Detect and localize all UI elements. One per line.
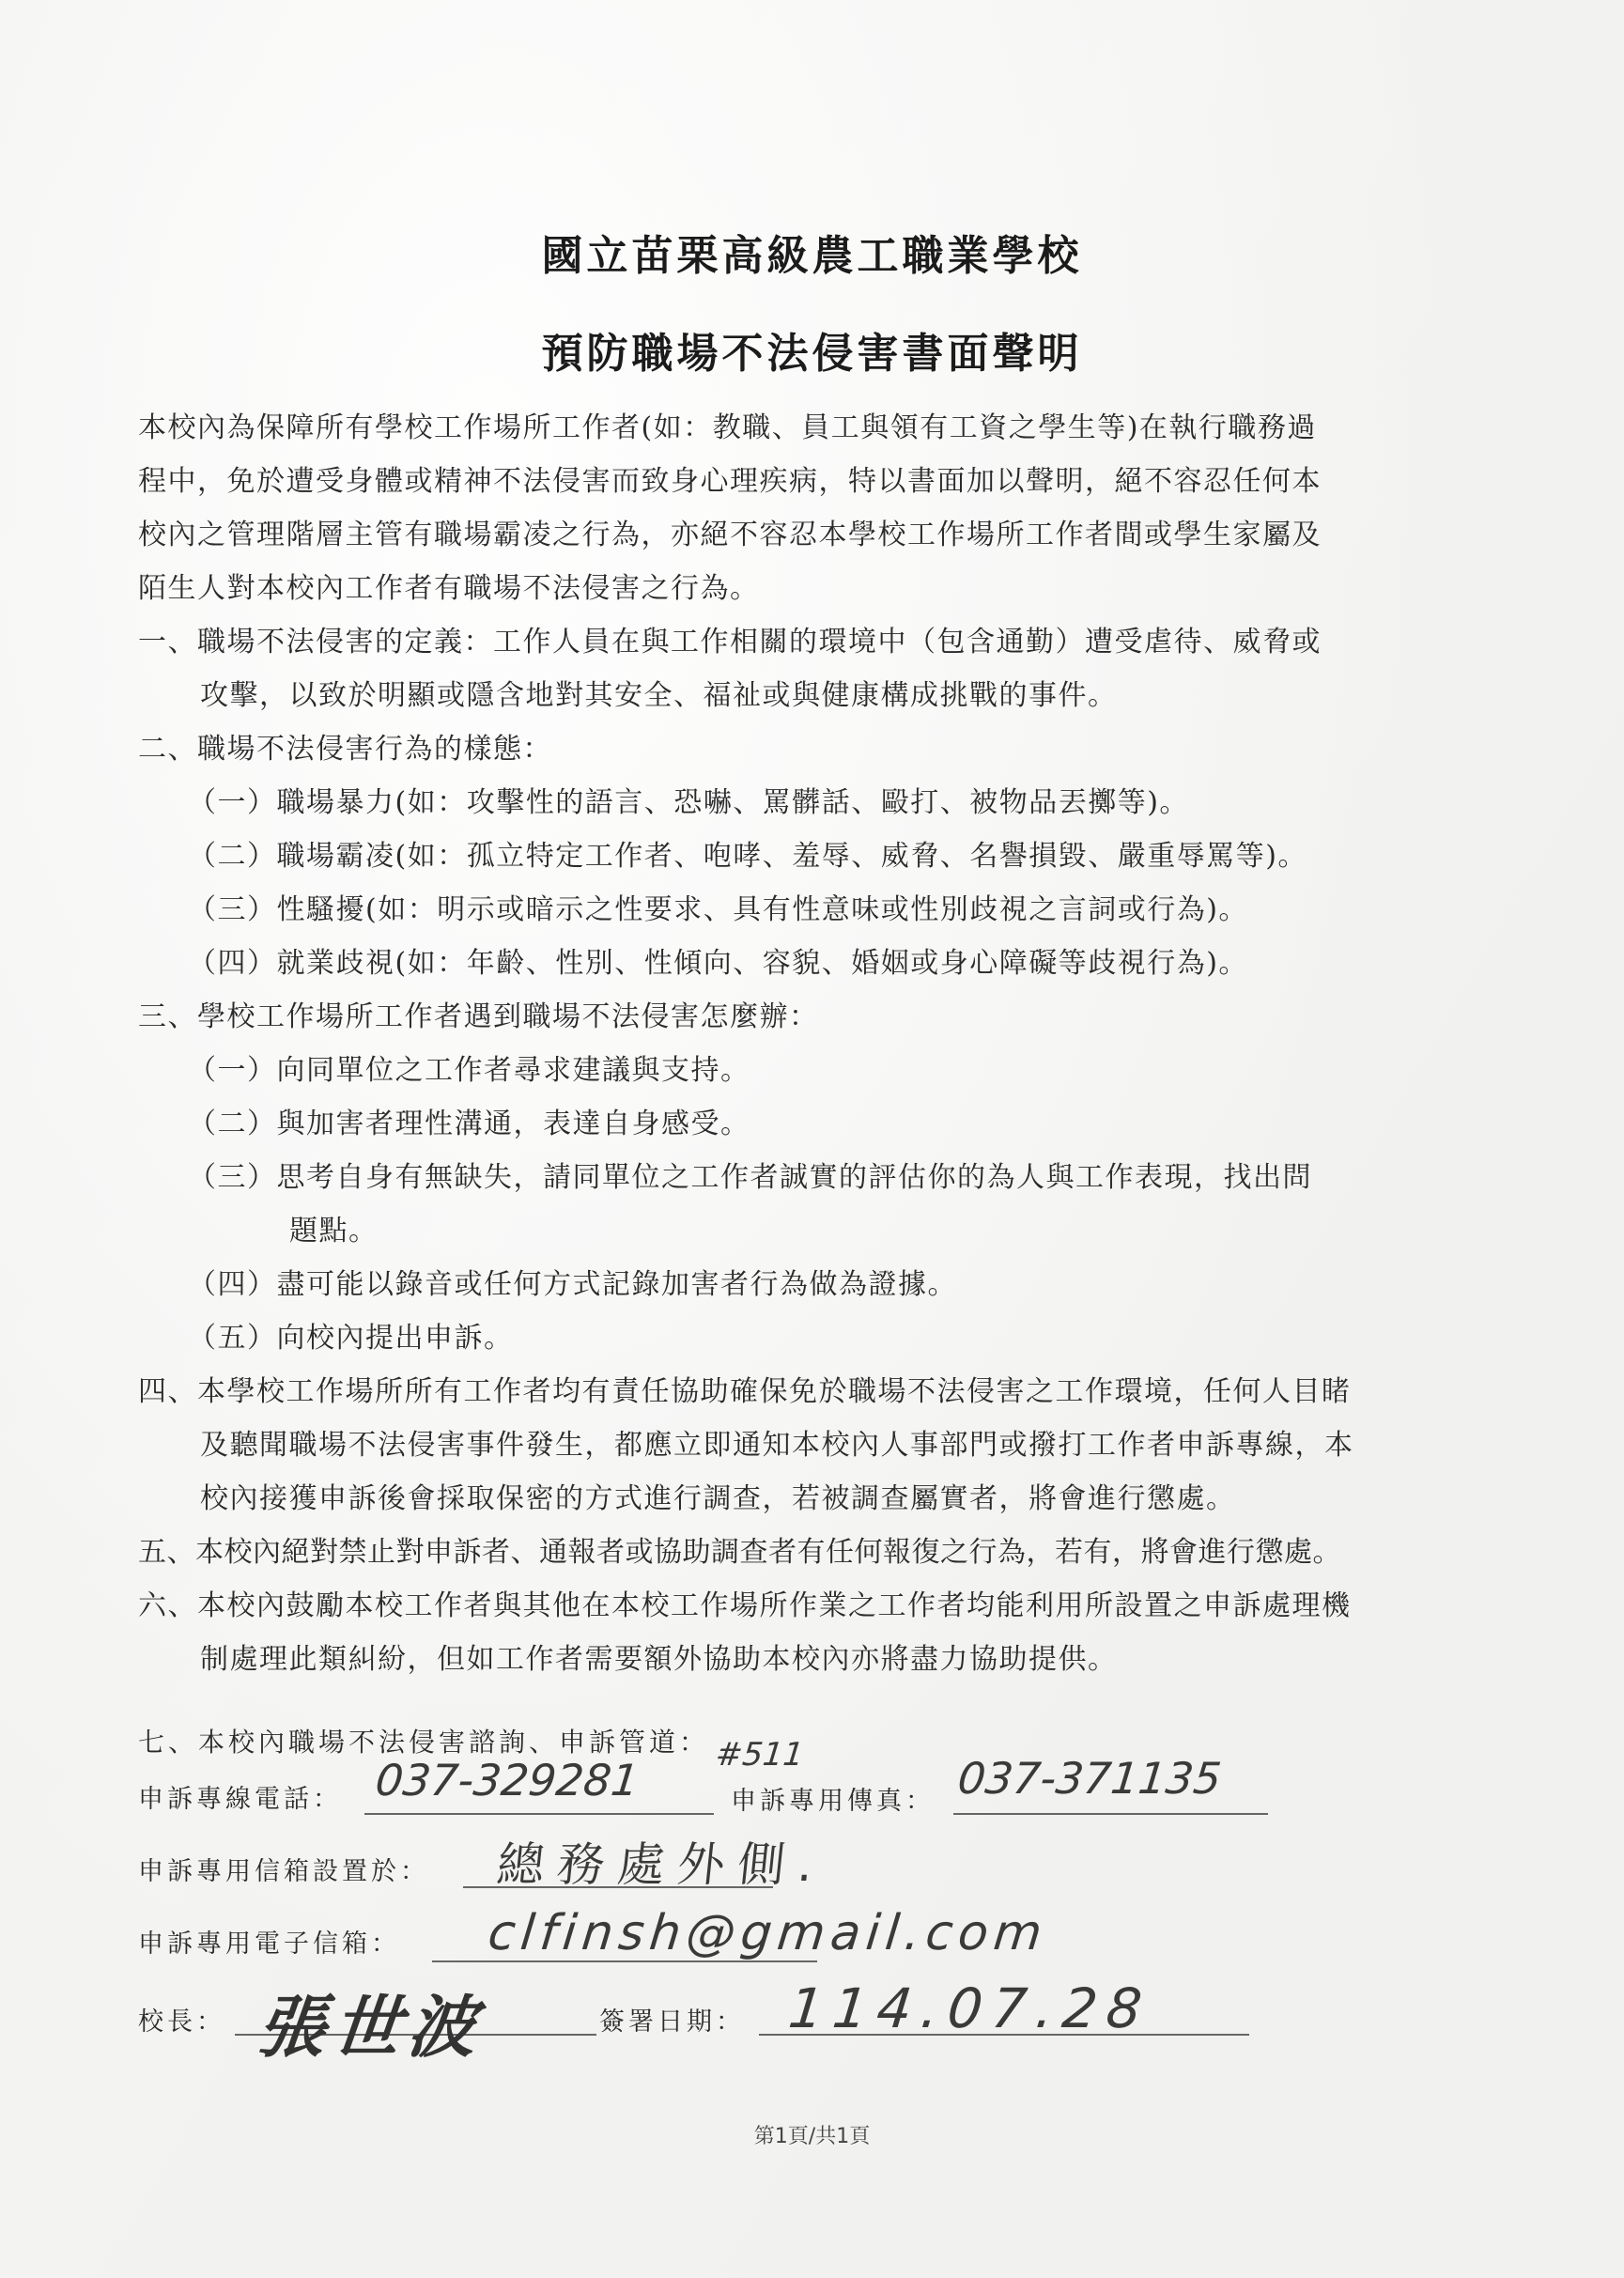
sign-date-label: 簽署日期： [599, 2001, 745, 2038]
section3-item: （二）與加害者理性溝通，表達自身感受。 [188, 1108, 750, 1141]
section2-heading: 二、職場不法侵害行為的樣態： [138, 733, 552, 767]
section4-line: 及聽聞職場不法侵害事件發生，都應立即通知本校內人事部門或撥打工作者申訴專線，本 [200, 1429, 1354, 1463]
sign-date-field[interactable]: 114.07.28 [785, 1976, 1153, 2040]
section6-line: 六、本校內鼓勵本校工作者與其他在本校工作場所作業之工作者均能利用所設置之申訴處理… [138, 1589, 1352, 1623]
email-field[interactable]: clfinsh@gmail.com [486, 1905, 1050, 1961]
section3-item: （三）思考自身有無缺失，請同單位之工作者誠實的評估你的為人與工作表現，找出問 [188, 1161, 1312, 1195]
fax-field[interactable]: 037-371135 [955, 1753, 1224, 1804]
page-number: 第1頁/共1頁 [0, 2120, 1624, 2149]
hotline-extension: #511 [714, 1736, 806, 1774]
mailbox-label: 申訴專用信箱設置於： [138, 1851, 429, 1887]
intro-line: 陌生人對本校內工作者有職場不法侵害之行為。 [138, 572, 760, 606]
section3-item: （四）盡可能以錄音或任何方式記錄加害者行為做為證據。 [188, 1268, 957, 1302]
hotline-underline [364, 1813, 714, 1815]
fax-label: 申訴專用傳真： [731, 1780, 935, 1817]
section3-heading: 三、學校工作場所工作者遇到職場不法侵害怎麼辦： [138, 1000, 819, 1034]
section7-heading: 七、本校內職場不法侵害諮詢、申訴管道： [138, 1722, 709, 1759]
section3-item: （五）向校內提出申訴。 [188, 1322, 514, 1356]
email-label: 申訴專用電子信箱： [138, 1923, 400, 1960]
section6-line: 制處理此類糾紛，但如工作者需要額外協助本校內亦將盡力協助提供。 [200, 1643, 1118, 1677]
principal-label: 校長： [138, 2001, 225, 2038]
section4-line: 四、本學校工作場所所有工作者均有責任協助確保免於職場不法侵害之工作環境，任何人目… [138, 1375, 1352, 1409]
section2-item: （三）性騷擾(如：明示或暗示之性要求、具有性意味或性別歧視之言詞或行為)。 [188, 893, 1248, 927]
section3-item-cont: 題點。 [289, 1215, 379, 1248]
intro-line: 本校內為保障所有學校工作場所工作者(如：教職、員工與領有工資之學生等)在執行職務… [138, 411, 1317, 445]
hotline-field[interactable]: 037-329281 [373, 1755, 642, 1805]
section5-line: 五、本校內絕對禁止對申訴者、通報者或協助調查者有任何報復之行為，若有，將會進行懲… [138, 1536, 1341, 1570]
intro-line: 程中，免於遭受身體或精神不法侵害而致身心理疾病，特以書面加以聲明，絕不容忍任何本 [138, 465, 1322, 499]
section1-line: 攻擊，以致於明顯或隱含地對其安全、福祉或與健康構成挑戰的事件。 [200, 679, 1118, 713]
section2-item: （四）就業歧視(如：年齡、性別、性傾向、容貌、婚姻或身心障礙等歧視行為)。 [188, 947, 1248, 981]
hotline-label: 申訴專線電話： [138, 1778, 342, 1815]
fax-underline [953, 1813, 1268, 1815]
section2-item: （一）職場暴力(如：攻擊性的語言、恐嚇、罵髒話、毆打、被物品丟擲等)。 [188, 786, 1189, 820]
intro-line: 校內之管理階層主管有職場霸凌之行為，亦絕不容忍本學校工作場所工作者間或學生家屬及 [138, 519, 1322, 552]
section3-item: （一）向同單位之工作者尋求建議與支持。 [188, 1054, 750, 1088]
mailbox-field[interactable]: 總務處外側. [494, 1827, 829, 1895]
principal-signature: 張世波 [254, 1973, 489, 2070]
section2-item: （二）職場霸凌(如：孤立特定工作者、咆哮、羞辱、威脅、名譽損毀、嚴重辱罵等)。 [188, 840, 1307, 874]
section4-line: 校內接獲申訴後會採取保密的方式進行調查，若被調查屬實者，將會進行懲處。 [200, 1482, 1236, 1516]
school-name: 國立苗栗高級農工職業學校 [0, 222, 1624, 282]
document-title: 預防職場不法侵害書面聲明 [0, 319, 1624, 380]
section1-line: 一、職場不法侵害的定義：工作人員在與工作相關的環境中（包含通勤）遭受虐待、威脅或 [138, 626, 1322, 659]
